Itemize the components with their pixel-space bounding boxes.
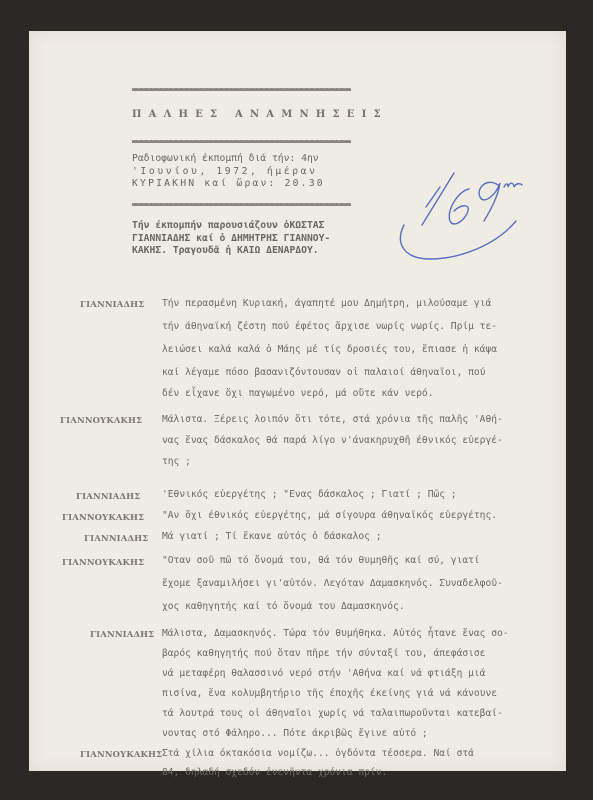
dialogue-line: 'Εθνικός εὐεργέτης ; "Ενας δάσκαλος ; Γι…: [162, 489, 457, 500]
speaker-label: ΓΙΑΝΝΟΥΚΑΚΗΣ: [80, 749, 162, 759]
presenters-line-3: ΚΑΚΗΣ. Τραγουδᾶ ἡ ΚΑΙΩ ΔΕΝΑΡΔΟΥ.: [132, 245, 330, 258]
dialogue-line: "Αν ὄχι έθνικός εὐεργέτης, μά σίγουρα άθ…: [162, 510, 497, 521]
speaker-label: ΓΙΑΝΝΙΑΔΗΣ: [76, 491, 140, 501]
broadcast-info: Ραδιοφωνική έκπομπή διά τήν: 4ην 'Ιουνίο…: [132, 153, 325, 191]
speaker-label: ΓΙΑΝΝΙΑΔΗΣ: [84, 533, 148, 543]
dialogue-line: λειώσει καλά καλά ὁ Μάης μέ τίς δροσιές …: [162, 344, 497, 355]
document-page: ΠΑΛΗΕΣ ΑΝΑΜΝΗΣΕΙΣ Ραδιοφωνική έκπομπή δι…: [29, 31, 566, 771]
presenters-info: Τήν έκπομπήν παρουσιάζουν ὁΚΩΣΤΑΣ ΓΙΑΝΝΙ…: [132, 220, 330, 258]
dialogue-line: τήν άθηναϊκή ζέστη πού έφέτος ἄρχισε νωρ…: [162, 321, 497, 332]
dialogue-line: νά μεταφέρη θαλασσινό νερό στήν 'Αθήνα κ…: [162, 668, 485, 679]
dialogue-line: βαρός καθηγητής πού ὅταν πῆρε τήν σύνταξ…: [162, 648, 485, 659]
broadcast-info-line-2: 'Ιουνίου, 1972, ήμέραν: [132, 166, 325, 179]
dialogue-line: ἔχομε ξαναμιλήσει γι'αὐτόν. Λεγόταν Δαμα…: [162, 578, 503, 589]
speaker-label: ΓΙΑΝΝΙΑΔΗΣ: [90, 629, 154, 639]
dialogue-line: καί λέγαμε πόσο βασανιζόντουσαν οἱ παλαι…: [162, 367, 485, 378]
broadcast-info-line-1: Ραδιοφωνική έκπομπή διά τήν: 4ην: [132, 153, 325, 166]
dialogue-line: πισίνα, ἕνα κολυμβητήριο τῆς έποχῆς έκεί…: [162, 688, 497, 699]
dialogue-line: Στά χίλια όκτακόσια νομίζω... ὀγδόντα τέ…: [162, 748, 474, 759]
dialogue-line: νας ἕνας δάσκαλος θά παρά λίγο ν'άνακηρυ…: [162, 435, 503, 446]
speaker-label: ΓΙΑΝΝΟΥΚΑΚΗΣ: [60, 415, 142, 425]
broadcast-info-line-3: ΚΥΡΙΑΚΗΝ καί ὥραν: 20.30: [132, 178, 325, 191]
divider-middle: [132, 140, 351, 143]
divider-top: [132, 88, 351, 91]
dialogue-line: της ;: [162, 456, 191, 467]
dialogue-line: νοντας στό Φάληρο... Πότε άκριβῶς ἔγινε …: [162, 728, 428, 739]
dialogue-line: δέν εἶχανε ὄχι παγωμένο νερό, μά οὔτε κά…: [162, 388, 433, 399]
presenters-line-1: Τήν έκπομπήν παρουσιάζουν ὁΚΩΣΤΑΣ: [132, 220, 330, 233]
document-title: ΠΑΛΗΕΣ ΑΝΑΜΝΗΣΕΙΣ: [132, 109, 388, 120]
dialogue-line: "Οταν σοῦ πῶ τό ὄνομά του, θά τόν θυμηθῆ…: [162, 555, 480, 566]
dialogue-line: Μάλιστα. Ξέρεις λοιπόν ὅτι τότε, στά χρό…: [162, 414, 503, 425]
speaker-label: ΓΙΑΝΝΙΑΔΗΣ: [80, 299, 144, 309]
dialogue-line: Μά γιατί ; Τί ἔκανε αὐτός ὁ δάσκαλος ;: [162, 531, 382, 542]
speaker-label: ΓΙΑΝΝΟΥΚΑΚΗΣ: [62, 512, 144, 522]
dialogue-line: Μάλιστα, Δαμασκηνός. Τώρα τόν θυμήθηκα. …: [162, 628, 509, 639]
dialogue-line: Τήν περασμένη Κυριακή, άγαπητέ μου Δημήτ…: [162, 298, 491, 309]
dialogue-line: 84, δηλαδή σχεδόν ἐνενῆντα χρόνια πρίν.: [162, 767, 387, 778]
divider-bottom: [132, 203, 351, 206]
dialogue-line: τά λουτρά τους οἱ άθηναῖοι χωρίς νά ταλα…: [162, 708, 503, 719]
speaker-label: ΓΙΑΝΝΟΥΚΑΚΗΣ: [62, 557, 144, 567]
dialogue-line: χος καθηγητής καί τό ὄνομά του Δαμασκηνό…: [162, 601, 405, 612]
handwritten-page-number: [386, 149, 576, 279]
presenters-line-2: ΓΙΑΝΝΙΑΔΗΣ καί ὁ ΔΗΜΗΤΡΗΣ ΓΙΑΝΝΟΥ-: [132, 233, 330, 246]
